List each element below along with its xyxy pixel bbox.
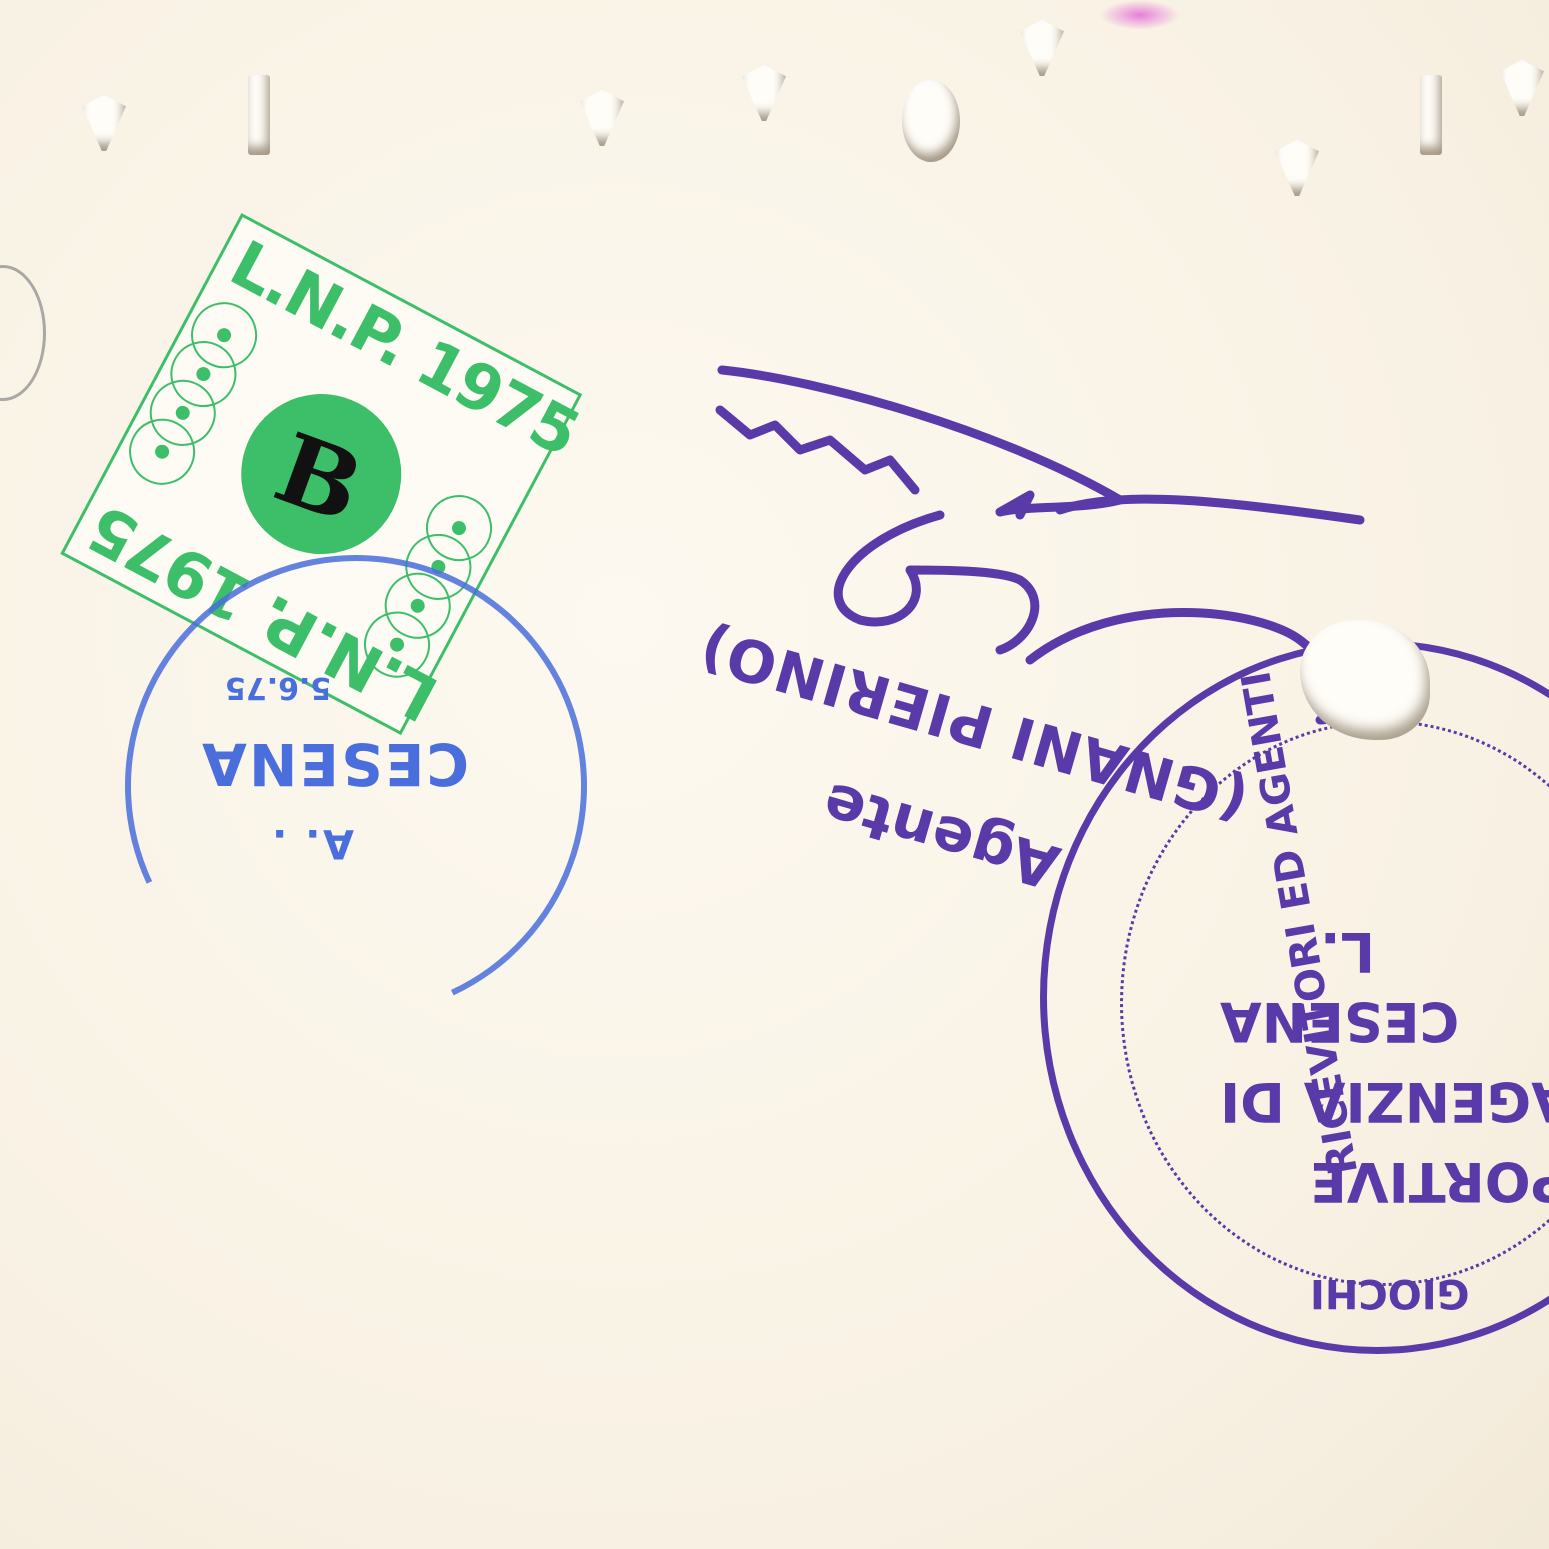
purple-postmark-bottom-text: GIOCHI — [1310, 1270, 1469, 1316]
pink-ink-smudge — [1100, 0, 1180, 30]
blue-postmark-lower-mark: A. . — [270, 820, 354, 866]
purple-postmark-line-2: AGENZIA DI — [1220, 1070, 1549, 1133]
blue-postmark-city: CESENA — [200, 730, 469, 798]
football-icon: B — [213, 366, 429, 582]
perforation-hole — [1420, 75, 1442, 155]
overprint-letter: B — [225, 398, 414, 559]
perforation-hole — [902, 80, 960, 162]
blue-postmark-date: 5.6.75 — [225, 670, 331, 705]
